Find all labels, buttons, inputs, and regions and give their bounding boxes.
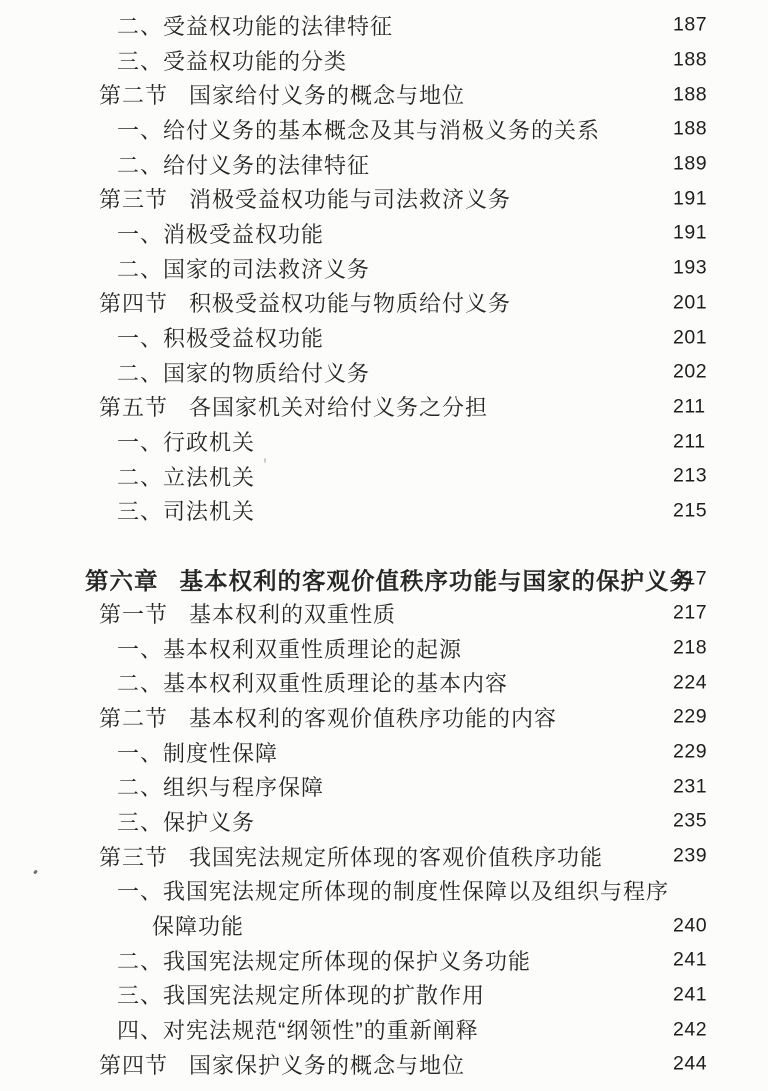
toc-entry: 二、受益权功能的法律特征 187	[0, 8, 768, 43]
toc-entry-title: 消极受益权功能与司法救济义务	[189, 183, 511, 214]
toc-page: 二、受益权功能的法律特征 187 三、受益权功能的分类 188 第二节 国家给付…	[0, 0, 768, 1091]
toc-entry: 一、给付义务的基本概念及其与消极义务的关系 188	[0, 112, 768, 147]
toc-entry-page-number: 217	[673, 602, 707, 625]
toc-entry-title: 一、积极受益权功能	[117, 322, 324, 353]
toc-entry-page-number: 224	[673, 671, 707, 694]
toc-entry: 一、积极受益权功能 201	[0, 320, 768, 355]
toc-entry: 第三节 我国宪法规定所体现的客观价值秩序功能 239	[0, 839, 768, 874]
toc-entry-title: 二、我国宪法规定所体现的保护义务功能	[117, 945, 531, 976]
toc-entry-page-number: 242	[673, 1018, 707, 1041]
toc-entry-title: 四、对宪法规范“纲领性”的重新阐释	[117, 1014, 479, 1045]
toc-entry-page-number: 239	[673, 845, 707, 868]
toc-entry-page-number: 211	[673, 430, 706, 453]
toc-entry-page-number: 187	[673, 14, 707, 37]
toc-entry-page-number: 241	[673, 949, 707, 972]
toc-entry: 二、基本权利双重性质理论的基本内容 224	[0, 665, 768, 700]
toc-entry-title: 我国宪法规定所体现的客观价值秩序功能	[189, 841, 603, 872]
toc-entry: 第五节 各国家机关对给付义务之分担 211	[0, 390, 768, 425]
toc-entry-title: 一、制度性保障	[117, 737, 278, 768]
toc-entry-title: 一、消极受益权功能	[117, 218, 324, 249]
toc-entry: 一、我国宪法规定所体现的制度性保障以及组织与程序	[0, 874, 768, 909]
toc-entry-title: 三、受益权功能的分类	[117, 45, 347, 76]
toc-entry-title: 国家给付义务的概念与地位	[189, 79, 465, 110]
toc-entry: 第六章 基本权利的客观价值秩序功能与国家的保护义务 217	[0, 561, 768, 596]
toc-entry-title: 三、司法机关	[117, 495, 255, 526]
toc-entry: 一、制度性保障 229	[0, 735, 768, 770]
toc-entry-page-number: 218	[673, 637, 707, 660]
toc-entry-page-number: 240	[673, 914, 707, 937]
toc-entry: 一、基本权利双重性质理论的起源 218	[0, 631, 768, 666]
toc-entry-title: 积极受益权功能与物质给付义务	[189, 287, 511, 318]
toc-entry-title: 二、组织与程序保障	[117, 771, 324, 802]
toc-entry: 二、组织与程序保障 231	[0, 769, 768, 804]
toc-entry-title: 二、给付义务的法律特征	[117, 149, 370, 180]
toc-entry-prefix: 第三节	[99, 183, 168, 214]
toc-entry-page-number: 188	[673, 49, 707, 72]
toc-entry: 二、国家的物质给付义务 202	[0, 355, 768, 390]
toc-entry-title: 二、国家的司法救济义务	[117, 253, 370, 284]
toc-entry-title: 基本权利的双重性质	[189, 598, 396, 629]
toc-entry-page-number: 231	[673, 775, 707, 798]
toc-entry-page-number: 241	[673, 983, 707, 1006]
toc-entry-prefix: 第四节	[99, 1049, 168, 1080]
toc-entry-page-number: 188	[673, 83, 707, 106]
table-of-contents: 二、受益权功能的法律特征 187 三、受益权功能的分类 188 第二节 国家给付…	[0, 8, 768, 1082]
toc-entry: 第二节 基本权利的客观价值秩序功能的内容 229	[0, 700, 768, 735]
toc-entry-title: 国家保护义务的概念与地位	[189, 1049, 465, 1080]
toc-entry-title: 三、我国宪法规定所体现的扩散作用	[117, 979, 485, 1010]
toc-entry-prefix: 第二节	[99, 702, 168, 733]
toc-entry-title: 各国家机关对给付义务之分担	[189, 391, 488, 422]
toc-entry-page-number: 244	[673, 1053, 707, 1076]
toc-block: 第六章 基本权利的客观价值秩序功能与国家的保护义务 217 第一节 基本权利的双…	[0, 561, 768, 1081]
toc-block: 二、受益权功能的法律特征 187 三、受益权功能的分类 188 第二节 国家给付…	[0, 8, 768, 528]
toc-entry: 三、司法机关 215	[0, 494, 768, 529]
toc-entry-prefix: 第三节	[99, 841, 168, 872]
toc-entry: 第四节 积极受益权功能与物质给付义务 201	[0, 286, 768, 321]
toc-entry-page-number: 211	[673, 395, 706, 418]
toc-entry-title: 基本权利的客观价值秩序功能与国家的保护义务	[180, 562, 695, 596]
toc-entry-page-number: 191	[673, 222, 707, 245]
toc-entry: 三、保护义务 235	[0, 804, 768, 839]
toc-entry-page-number: 193	[673, 257, 707, 280]
toc-entry-title: 一、我国宪法规定所体现的制度性保障以及组织与程序	[117, 875, 669, 906]
toc-entry: 第三节 消极受益权功能与司法救济义务 191	[0, 181, 768, 216]
toc-entry: 二、国家的司法救济义务 193	[0, 251, 768, 286]
toc-entry: 四、对宪法规范“纲领性”的重新阐释 242	[0, 1012, 768, 1047]
toc-entry-title: 基本权利的客观价值秩序功能的内容	[189, 702, 557, 733]
toc-entry: 保障功能 240	[0, 908, 768, 943]
toc-entry: 二、我国宪法规定所体现的保护义务功能 241	[0, 943, 768, 978]
toc-entry: 三、我国宪法规定所体现的扩散作用 241	[0, 978, 768, 1013]
toc-entry: 三、受益权功能的分类 188	[0, 43, 768, 78]
toc-entry-title: 一、基本权利双重性质理论的起源	[117, 633, 462, 664]
toc-entry-title: 三、保护义务	[117, 806, 255, 837]
toc-entry: 二、立法机关 213	[0, 459, 768, 494]
toc-entry-title: 二、受益权功能的法律特征	[117, 10, 393, 41]
toc-entry: 第二节 国家给付义务的概念与地位 188	[0, 77, 768, 112]
toc-entry-page-number: 229	[673, 706, 707, 729]
toc-entry-title: 一、给付义务的基本概念及其与消极义务的关系	[117, 114, 600, 145]
toc-entry-prefix: 第一节	[99, 598, 168, 629]
toc-entry: 第一节 基本权利的双重性质 217	[0, 596, 768, 631]
toc-entry-prefix: 第六章	[85, 562, 159, 596]
toc-entry-page-number: 215	[673, 499, 707, 522]
toc-entry-title: 二、立法机关	[117, 461, 255, 492]
toc-entry-page-number: 229	[673, 741, 707, 764]
toc-entry-page-number: 235	[673, 810, 707, 833]
toc-entry: 一、消极受益权功能 191	[0, 216, 768, 251]
toc-entry-title: 二、基本权利双重性质理论的基本内容	[117, 667, 508, 698]
toc-entry-page-number: 213	[673, 465, 707, 488]
toc-entry-prefix: 第五节	[99, 391, 168, 422]
toc-entry: 一、行政机关 211	[0, 424, 768, 459]
toc-entry-page-number: 188	[673, 118, 707, 141]
toc-entry-page-number: 201	[673, 326, 707, 349]
toc-entry-title: 保障功能	[152, 910, 244, 941]
toc-entry-prefix: 第二节	[99, 79, 168, 110]
toc-entry-page-number: 217	[673, 567, 707, 590]
toc-entry-page-number: 201	[673, 291, 707, 314]
toc-entry-page-number: 189	[673, 153, 707, 176]
toc-entry-page-number: 191	[673, 187, 707, 210]
toc-entry-title: 一、行政机关	[117, 426, 255, 457]
toc-entry-title: 二、国家的物质给付义务	[117, 357, 370, 388]
toc-entry: 二、给付义务的法律特征 189	[0, 147, 768, 182]
toc-entry: 第四节 国家保护义务的概念与地位 244	[0, 1047, 768, 1082]
toc-entry-page-number: 202	[673, 361, 707, 384]
toc-entry-prefix: 第四节	[99, 287, 168, 318]
